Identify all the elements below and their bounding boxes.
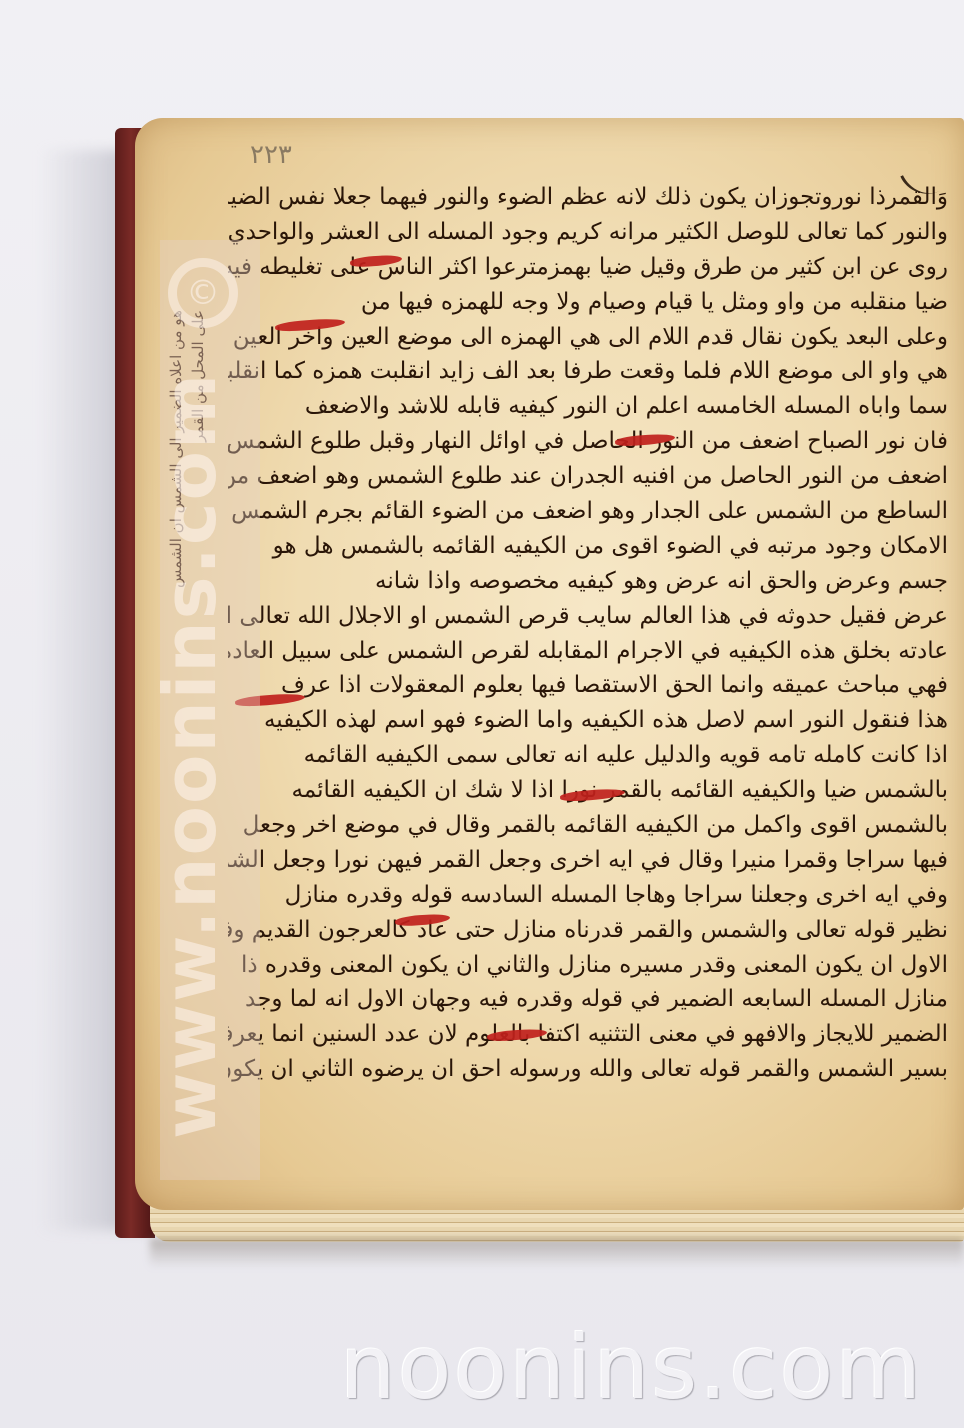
text-line: منازل المسله السابعه الضمير في قوله وقدر… [228,982,948,1017]
folio-page-number: ٢٢٣ [250,140,292,170]
text-line: فان نور الصباح اضعف من النور الحاصل في ا… [228,424,948,459]
text-line: نظير قوله تعالى والشمس والقمر قدرناه منا… [228,913,948,948]
text-line: فهي مباحث عميقه وانما الحق الاستقصا فيها… [228,668,948,703]
text-line: فيها سراجا وقمرا منيرا وقال في ايه اخرى … [228,843,948,878]
text-line: هذا فنقول النور اسم لاصل هذه الكيفيه وام… [228,703,948,738]
text-line: بسير الشمس والقمر قوله تعالى والله ورسول… [228,1052,948,1087]
text-line: اذا كانت كامله تامه قويه والدليل عليه ان… [228,738,948,773]
copyright-icon: © [168,258,238,328]
text-line: الامكان وجود مرتبه في الضوء اقوى من الكي… [228,529,948,564]
text-line: جسم وعرض والحق انه عرض وهو كيفيه مخصوصه … [228,564,948,599]
text-line: اضعف من النور الحاصل من افنيه الجدران عن… [228,459,948,494]
manuscript-text-block: وَالقمرذا نوروتجوزان يكون ذلك لانه عظم ا… [228,180,948,1087]
text-line: عرض فقيل حدوثه في هذا العالم سايب قرص ال… [228,599,948,634]
text-line: ضيا منقلبه من واو ومثل يا قيام وصيام ولا… [228,285,948,320]
text-line: بالشمس اقوى واكمل من الكيفيه القائمه بال… [228,808,948,843]
vertical-watermark: www.noonins.com [148,330,268,1180]
text-line: والنور كما تعالى للوصل الكثير مرانه كريم… [228,215,948,250]
text-line: الساطع من الشمس على الجدار وهو اضعف من ا… [228,494,948,529]
text-line: سما واباه المسله الخامسه اعلم ان النور ك… [228,389,948,424]
text-line: هي واو الى موضع اللام فلما وقعت طرفا بعد… [228,354,948,389]
text-line: وفي ايه اخرى وجعلنا سراجا وهاجا المسله ا… [228,878,948,913]
book-bottom-shadow [150,1238,964,1268]
bottom-watermark: noonins.com [340,1318,960,1418]
text-line: وَالقمرذا نوروتجوزان يكون ذلك لانه عظم ا… [228,180,948,215]
text-line: روى عن ابن كثير من طرق وقيل ضيا بهمزمترع… [228,250,948,285]
text-line: الضمير للايجاز والافهو في معنى التثنيه ا… [228,1017,948,1052]
text-line: الاول ان يكون المعنى وقدر مسيره منازل وا… [228,948,948,983]
text-line: عادته بخلق هذه الكيفيه في الاجرام المقاب… [228,634,948,669]
